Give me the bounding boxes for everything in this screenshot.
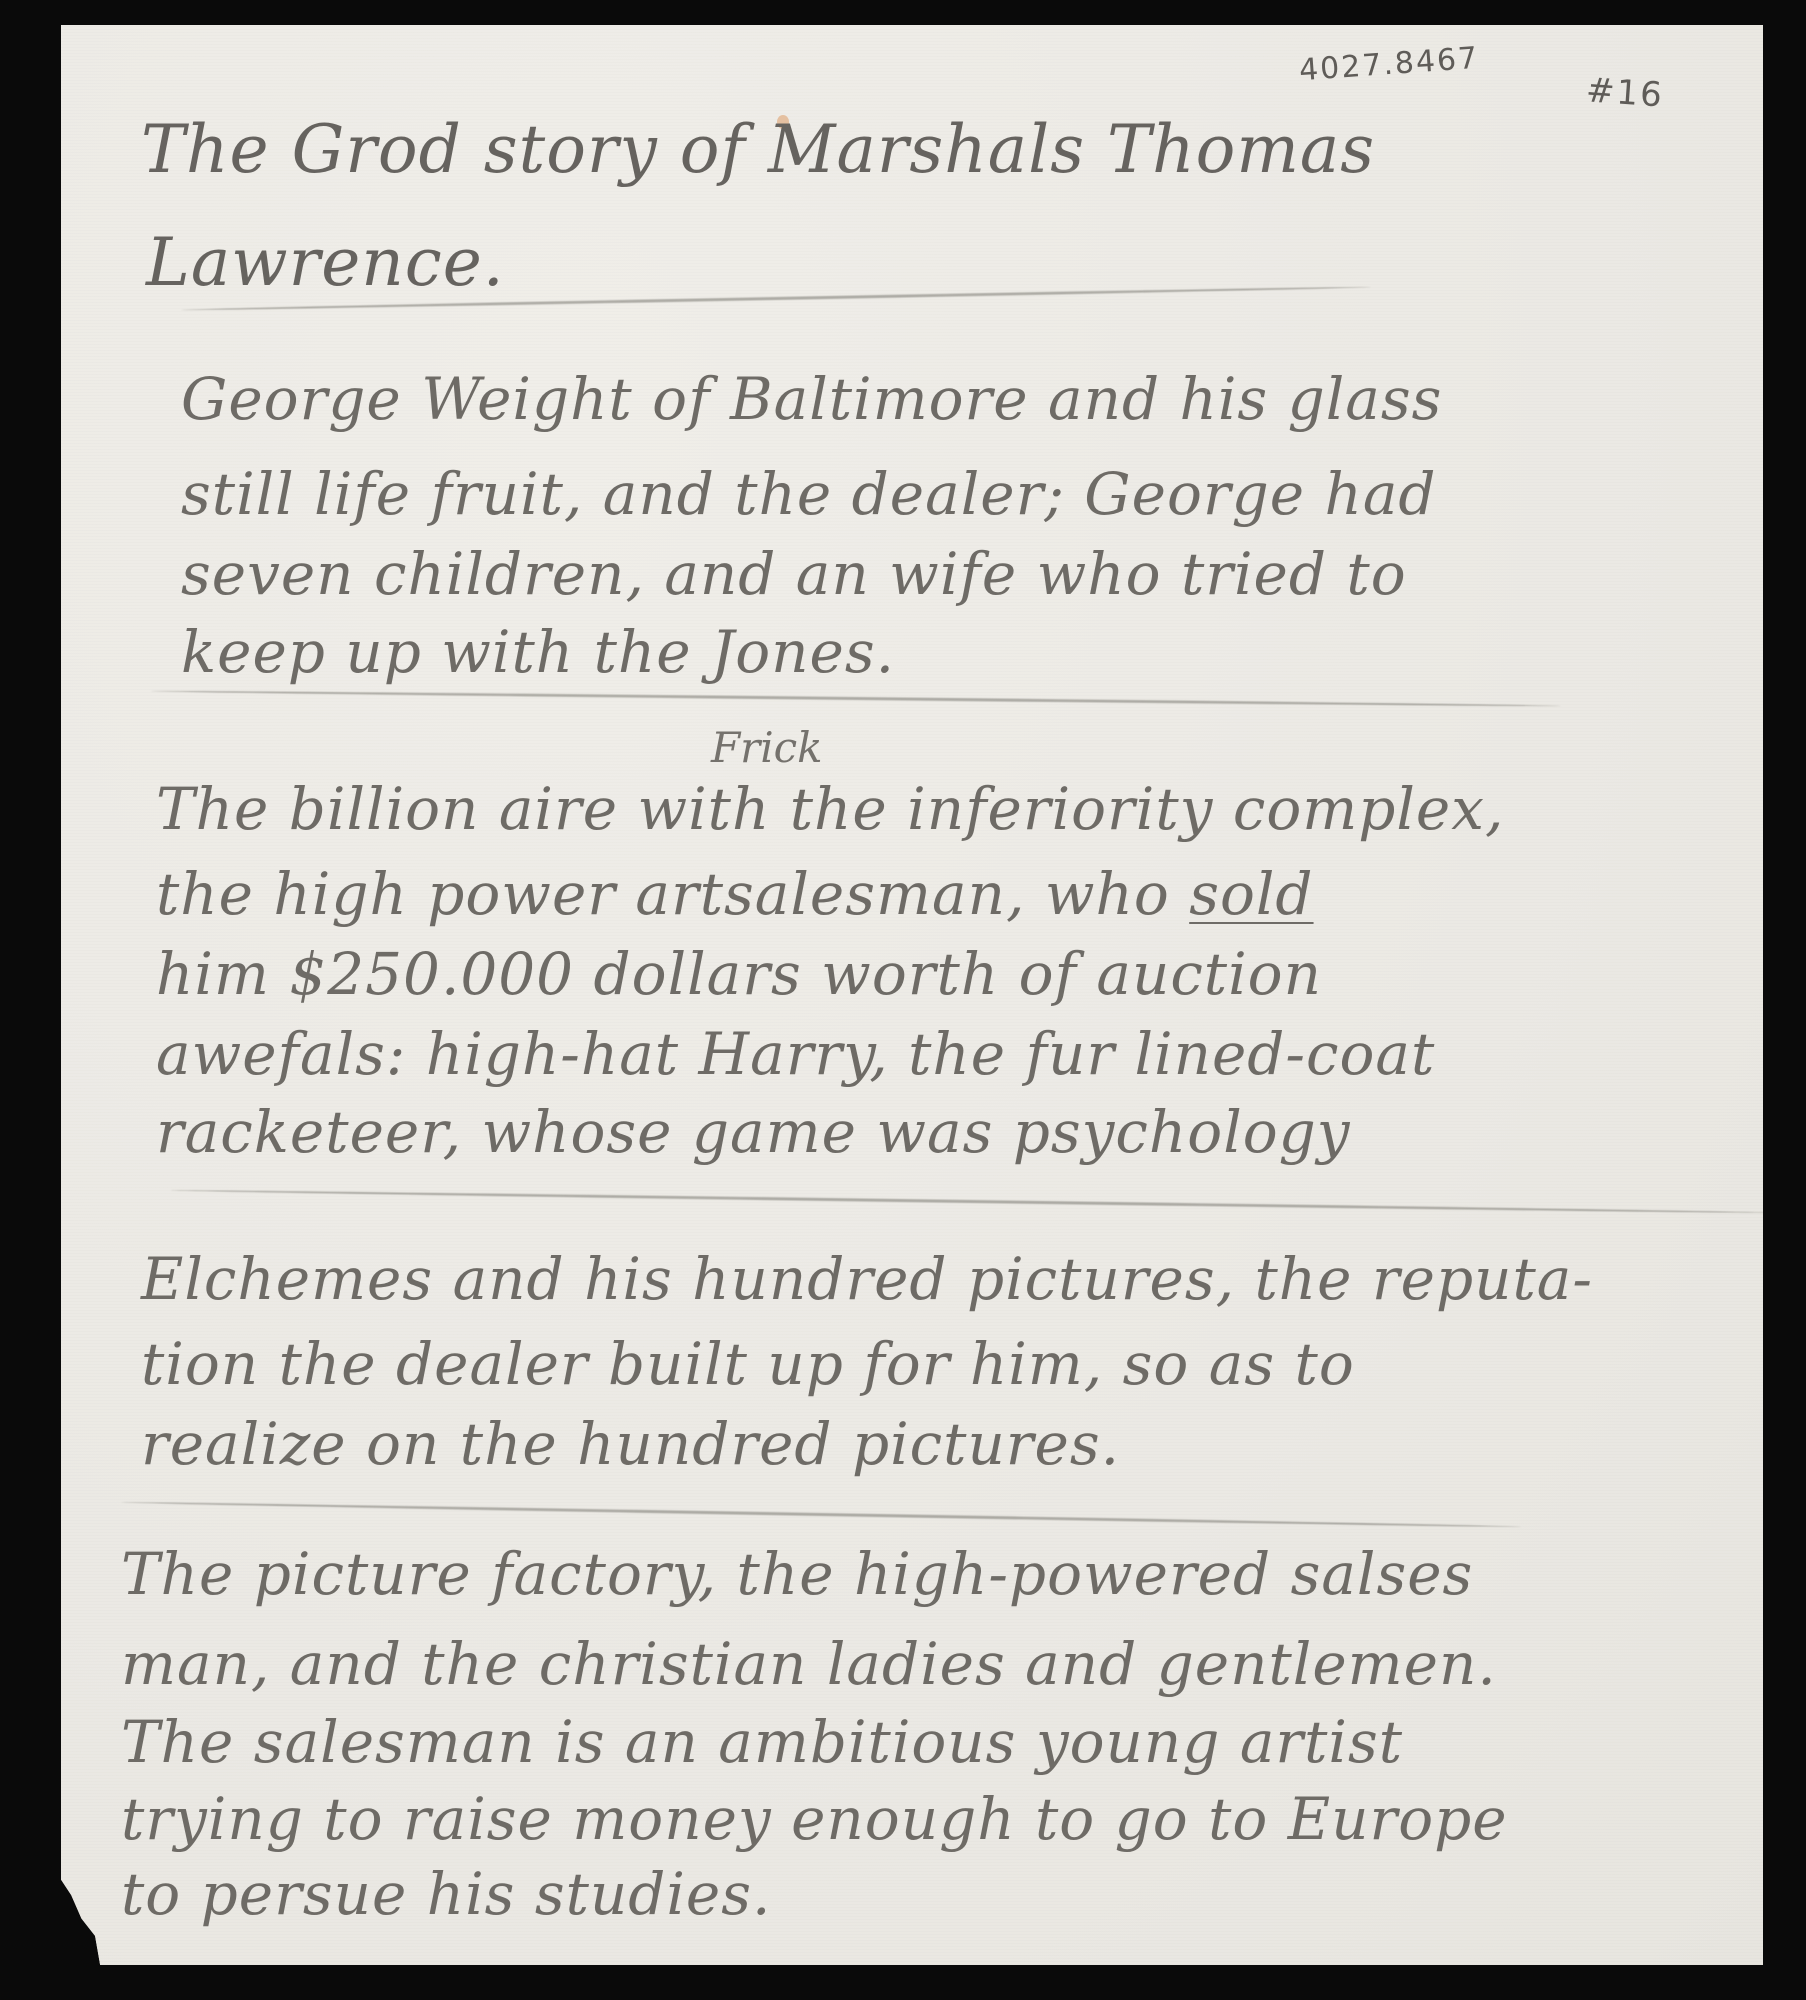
catalog-number: 4027.8467 — [1298, 41, 1480, 88]
section-3-line-2: tion the dealer built up for him, so as … — [141, 1335, 1355, 1393]
manuscript-page: 4027.8467 #16 The Grod story of Marshals… — [61, 25, 1763, 1965]
section-2-line-3: him $250.000 dollars worth of auction — [156, 945, 1322, 1003]
section-2-line-4: awefals: high-hat Harry, the fur lined-c… — [156, 1025, 1435, 1083]
section-4-line-1: The picture factory, the high-powered sa… — [121, 1545, 1473, 1603]
section-1-line-4: keep up with the Jones. — [181, 623, 895, 681]
section-2-line-5: racketeer, whose game was psychology — [156, 1103, 1351, 1161]
section-3-line-1: Elchemes and his hundred pictures, the r… — [141, 1250, 1593, 1308]
scan-background: 4027.8467 #16 The Grod story of Marshals… — [0, 0, 1806, 2000]
inserted-word-frick: Frick — [711, 723, 823, 772]
page-title-line-1: The Grod story of Marshals Thomas — [141, 117, 1375, 183]
section-2-line-1: The billion aire with the inferiority co… — [156, 780, 1504, 838]
section-2-line-2: the high power artsalesman, who sold — [156, 865, 1314, 923]
section-4-line-5: to persue his studies. — [121, 1865, 771, 1923]
divider-rule-2 — [151, 690, 1561, 708]
divider-rule-4 — [121, 1501, 1521, 1528]
section-3-line-3: realize on the hundred pictures. — [141, 1415, 1120, 1473]
divider-rule-3 — [171, 1189, 1771, 1214]
section-4-line-3: The salesman is an ambitious young artis… — [121, 1713, 1403, 1771]
page-title-line-2: Lawrence. — [146, 230, 505, 296]
section-1-line-1: George Weight of Baltimore and his glass — [181, 370, 1442, 428]
section-1-line-3: seven children, and an wife who tried to — [181, 545, 1407, 603]
section-1-line-2: still life fruit, and the dealer; George… — [181, 465, 1437, 523]
section-4-line-4: trying to raise money enough to go to Eu… — [121, 1790, 1508, 1848]
page-marker: #16 — [1585, 70, 1665, 115]
section-4-line-2: man, and the christian ladies and gentle… — [121, 1635, 1497, 1693]
underlined-word: sold — [1189, 860, 1313, 928]
